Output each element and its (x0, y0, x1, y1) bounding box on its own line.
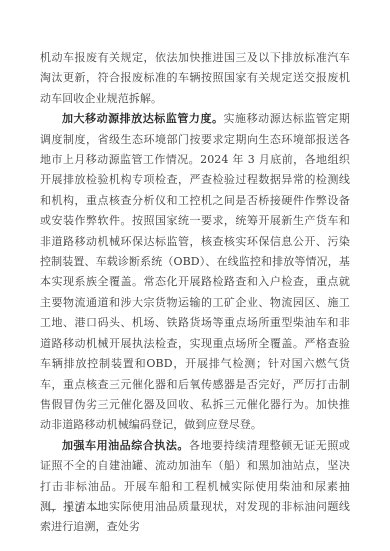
document-page: 机动车报废有关规定，依法加快推进国三及以下排放标准汽车淘汰更新，符合报废标准的车… (0, 0, 390, 551)
paragraph: 机动车报废有关规定，依法加快推进国三及以下排放标准汽车淘汰更新，符合报废标准的车… (40, 48, 350, 109)
paragraph-lead: 加强车用油品综合执法。 (62, 439, 189, 452)
paragraph-lead: 加大移动源排放达标监管力度。 (62, 112, 224, 125)
paragraph-text: 实施移动源达标监管定期调度制度，省级生态环境部门按要求定期向生态环境部报送各地市… (40, 112, 350, 431)
paragraph-text: 机动车报废有关规定，依法加快推进国三及以下排放标准汽车淘汰更新，符合报废标准的车… (40, 51, 350, 105)
paragraph: 加强车用油品综合执法。各地要持续清理整顿无证无照或证照不全的自建油罐、流动加油车… (40, 436, 350, 538)
page-number: — 12 — (46, 503, 105, 515)
body-text: 机动车报废有关规定，依法加快推进国三及以下排放标准汽车淘汰更新，符合报废标准的车… (40, 48, 350, 538)
paragraph-text: 各地要持续清理整顿无证无照或证照不全的自建油罐、流动加油车（船）和黑加油站点，坚… (40, 439, 350, 534)
paragraph: 加大移动源排放达标监管力度。实施移动源达标监管定期调度制度，省级生态环境部门按要… (40, 109, 350, 436)
